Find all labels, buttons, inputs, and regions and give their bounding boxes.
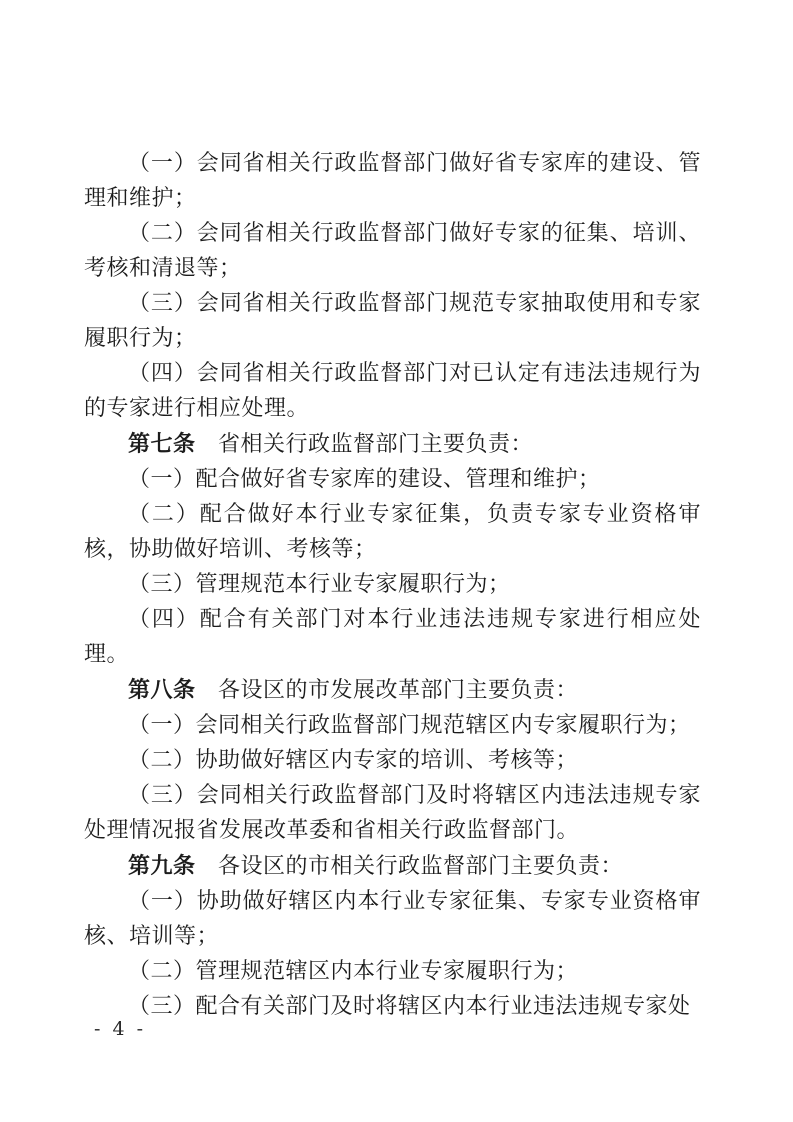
clause-paragraph: （三）会同省相关行政监督部门规范专家抽取使用和专家履职行为； [84,286,701,356]
clause-paragraph: （二）配合做好本行业专家征集，负责专家专业资格审核，协助做好培训、考核等； [84,497,701,567]
clause-paragraph: （二）会同省相关行政监督部门做好专家的征集、培训、考核和清退等； [84,216,701,286]
clause-paragraph: （一）会同省相关行政监督部门做好省专家库的建设、管理和维护； [84,146,701,216]
clause-text: （二）会同省相关行政监督部门做好专家的征集、培训、考核和清退等； [84,221,701,281]
article-title-text: 省相关行政监督部门主要负责： [196,432,534,457]
clause-paragraph: （四）会同省相关行政监督部门对已认定有违法违规行为的专家进行相应处理。 [84,356,701,426]
article-paragraph: 第七条 省相关行政监督部门主要负责： [84,426,701,462]
clause-paragraph: （二）管理规范辖区内本行业专家履职行为； [84,954,701,989]
clause-text: （三）管理规范本行业专家履职行为； [128,572,511,597]
clause-text: （二）配合做好本行业专家征集，负责专家专业资格审核，协助做好培训、考核等； [84,502,701,562]
clause-text: （三）会同相关行政监督部门及时将辖区内违法违规专家处理情况报省发展改革委和省相关… [84,783,701,843]
article-number: 第七条 [128,431,196,456]
clause-paragraph: （三）配合有关部门及时将辖区内本行业违法违规专家处 [84,989,701,1024]
clause-paragraph: （一）协助做好辖区内本行业专家征集、专家专业资格审核、培训等； [84,884,701,954]
article-number: 第八条 [128,677,196,702]
clause-paragraph: （三）管理规范本行业专家履职行为； [84,567,701,602]
article-title-text: 各设区的市相关行政监督部门主要负责： [196,854,624,879]
clause-text: （一）协助做好辖区内本行业专家征集、专家专业资格审核、培训等； [84,889,701,949]
clause-paragraph: （一）会同相关行政监督部门规范辖区内专家履职行为； [84,708,701,743]
document-page: （一）会同省相关行政监督部门做好省专家库的建设、管理和维护； （二）会同省相关行… [0,0,793,1122]
article-title-text: 各设区的市发展改革部门主要负责： [196,678,579,703]
clause-text: （一）配合做好省专家库的建设、管理和维护； [128,467,601,492]
clause-paragraph: （三）会同相关行政监督部门及时将辖区内违法违规专家处理情况报省发展改革委和省相关… [84,778,701,848]
article-paragraph: 第八条 各设区的市发展改革部门主要负责： [84,672,701,708]
clause-text: （四）会同省相关行政监督部门对已认定有违法违规行为的专家进行相应处理。 [84,361,701,421]
clause-text: （四）配合有关部门对本行业违法违规专家进行相应处理。 [84,607,701,667]
article-paragraph: 第九条 各设区的市相关行政监督部门主要负责： [84,848,701,884]
page-number: - 4 - [94,1018,146,1040]
document-body: （一）会同省相关行政监督部门做好省专家库的建设、管理和维护； （二）会同省相关行… [84,146,701,1024]
clause-text: （二）管理规范辖区内本行业专家履职行为； [128,959,578,984]
clause-text: （二）协助做好辖区内专家的培训、考核等； [128,748,578,773]
clause-paragraph: （四）配合有关部门对本行业违法违规专家进行相应处理。 [84,602,701,672]
clause-paragraph: （一）配合做好省专家库的建设、管理和维护； [84,462,701,497]
article-number: 第九条 [128,853,196,878]
clause-text: （三）会同省相关行政监督部门规范专家抽取使用和专家履职行为； [84,291,701,351]
clause-text: （一）会同相关行政监督部门规范辖区内专家履职行为； [128,713,691,738]
clause-text: （一）会同省相关行政监督部门做好省专家库的建设、管理和维护； [84,151,701,211]
clause-paragraph: （二）协助做好辖区内专家的培训、考核等； [84,743,701,778]
clause-text: （三）配合有关部门及时将辖区内本行业违法违规专家处 [128,994,691,1019]
